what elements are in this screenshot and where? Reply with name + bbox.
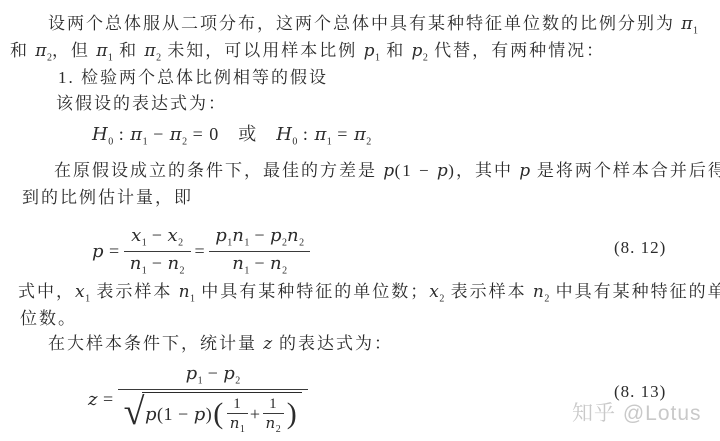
left-paren: ( bbox=[213, 399, 224, 429]
eq812-lhs: p = bbox=[92, 241, 120, 262]
para2-line-2: 到的比例估计量，即 bbox=[22, 188, 193, 208]
list-item-1: 1. 检验两个总体比例相等的假设 bbox=[58, 68, 328, 88]
eq813-inverse-n2: 1 n2 bbox=[263, 396, 284, 436]
equation-8-13: z = p1 − p2 √ p(1 − p) ( 1 n1 + 1 bbox=[88, 364, 312, 435]
expression-intro: 该假设的表达式为： bbox=[56, 94, 227, 114]
zhihu-watermark: 知乎 @Lotus bbox=[572, 397, 702, 427]
one-over-n2-numerator: 1 bbox=[263, 396, 284, 415]
para3-line-2: 位数。 bbox=[20, 309, 77, 329]
one-over-n1-numerator: 1 bbox=[227, 396, 248, 415]
eq812-fraction-1-denominator: n1 − n2 bbox=[124, 252, 191, 277]
square-root: √ p(1 − p) ( 1 n1 + 1 n2 ) bbox=[124, 392, 303, 436]
intro-line-1: 设两个总体服从二项分布，这两个总体中具有某种特征单位数的比例分别为 π1 bbox=[48, 14, 698, 37]
eq813-main-fraction: p1 − p2 √ p(1 − p) ( 1 n1 + 1 n2 bbox=[118, 364, 309, 435]
textbook-page: 设两个总体服从二项分布，这两个总体中具有某种特征单位数的比例分别为 π1 和 π… bbox=[0, 0, 720, 441]
eq813-lhs: z = bbox=[88, 389, 114, 410]
eq812-fraction-1-numerator: x1 − x2 bbox=[124, 226, 191, 252]
eq813-inverse-n1: 1 n1 bbox=[227, 396, 248, 436]
eq812-fraction-2-numerator: p1n1 − p2n2 bbox=[209, 226, 310, 252]
eq812-fraction-1: x1 − x2 n1 − n2 bbox=[124, 226, 191, 276]
equation-8-12: p = x1 − x2 n1 − n2 = p1n1 − p2n2 n1 − n… bbox=[92, 226, 314, 276]
one-over-n2-denominator: n2 bbox=[263, 414, 284, 435]
eq813-numerator: p1 − p2 bbox=[118, 364, 309, 390]
para4-line: 在大样本条件下，统计量 z 的表达式为： bbox=[48, 334, 393, 354]
para2-line-1: 在原假设成立的条件下，最佳的方差是 p(1 − p)，其中 p 是将两个样本合并… bbox=[54, 161, 720, 181]
plus-sign: + bbox=[250, 405, 261, 425]
eq813-denominator: √ p(1 − p) ( 1 n1 + 1 n2 ) bbox=[118, 390, 309, 436]
para3-line-1: 式中，x1 表示样本 n1 中具有某种特征的单位数；x2 表示样本 n2 中具有… bbox=[18, 282, 720, 305]
eq812-fraction-2-denominator: n1 − n2 bbox=[209, 252, 310, 277]
hypothesis-formula: H0 : π1 − π2 = 0 或 H0 : π1 = π2 bbox=[92, 124, 371, 149]
radicand: p(1 − p) ( 1 n1 + 1 n2 ) bbox=[142, 392, 302, 436]
equation-label-8-12: (8. 12) bbox=[614, 238, 666, 258]
right-paren: ) bbox=[287, 399, 298, 429]
one-over-n1-denominator: n1 bbox=[227, 414, 248, 435]
intro-line-2: 和 π2，但 π1 和 π2 未知，可以用样本比例 p1 和 p2 代替，有两种… bbox=[10, 41, 605, 64]
eq813-variance-term: p(1 − p) bbox=[145, 405, 212, 425]
eq812-fraction-2: p1n1 − p2n2 n1 − n2 bbox=[209, 226, 310, 276]
eq812-equals: = bbox=[195, 241, 206, 262]
